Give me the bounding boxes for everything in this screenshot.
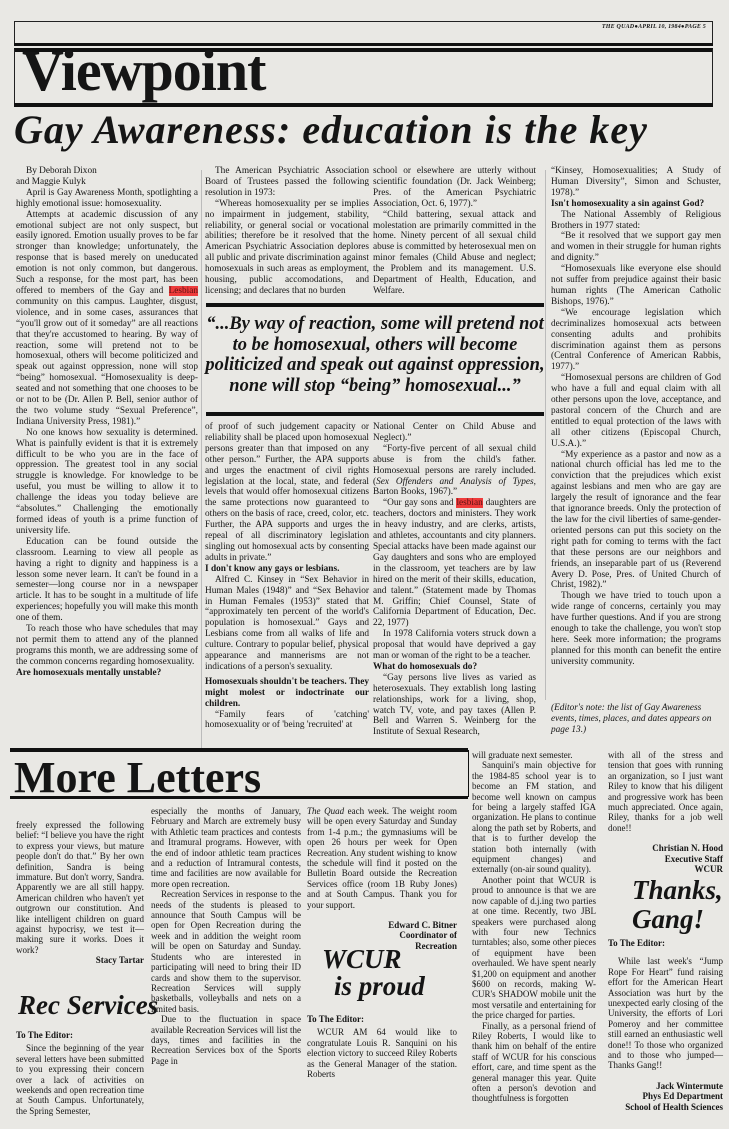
paragraph: Education can be found outside the class…	[16, 537, 198, 624]
salutation: To The Editor:	[307, 1014, 457, 1024]
article-column-4: “Kinsey, Homosexualities; A Study of Hum…	[551, 166, 721, 668]
paragraph: Since the beginning of the year several …	[16, 1043, 144, 1116]
subheading: Are homosexuals mentally unstable?	[16, 668, 198, 679]
paragraph: The National Assembly of Religious Broth…	[551, 210, 721, 232]
salutation: To The Editor:	[16, 1030, 144, 1040]
paragraph: National Center on Child Abuse and Negle…	[373, 422, 536, 444]
paragraph: “My experience as a pastor and now as a …	[551, 450, 721, 592]
rule	[10, 796, 468, 799]
letter-tartar: freely expressed the following belief: “…	[16, 820, 144, 966]
paragraph: Finally, as a personal friend of Riley R…	[472, 1021, 596, 1104]
section-title: Viewpoint	[22, 42, 265, 100]
rec-services-heading: Rec Services	[18, 992, 158, 1019]
signature-title: WCUR	[608, 864, 723, 874]
folio-line: THE QUAD●APRIL 10, 1984●PAGE 5	[602, 24, 706, 30]
paragraph: “Be it resolved that we support gay men …	[551, 231, 721, 264]
signature: Christian N. Hood	[608, 843, 723, 853]
rule	[206, 412, 544, 416]
paragraph: While last week's “Jump Rope For Heart” …	[608, 956, 723, 1070]
signature: Stacy Tartar	[16, 955, 144, 965]
paragraph: Attempts at academic discussion of any e…	[16, 210, 198, 428]
article-headline: Gay Awareness: education is the key	[14, 110, 719, 150]
highlighted-word: Lesbian	[169, 286, 198, 296]
signature-title: Executive Staff	[608, 854, 723, 864]
paragraph: WCUR AM 64 would like to congratulate Lo…	[307, 1027, 457, 1079]
paragraph: To reach those who have schedules that m…	[16, 624, 198, 668]
paragraph: April is Gay Awareness Month, spotlighti…	[16, 188, 198, 210]
paragraph: “Family fears of 'catching' homosexualit…	[205, 710, 369, 732]
column-divider	[545, 170, 546, 700]
article-column-2-top: The American Psychiatric Association Boa…	[205, 166, 369, 297]
salutation: To The Editor:	[608, 938, 723, 948]
letter-wcur-end: with all of the stress and tension that …	[608, 750, 723, 874]
paragraph: Sanquini's main objective for the 1984-8…	[472, 760, 596, 874]
letter-thanks-gang: To The Editor: While last week's “Jump R…	[608, 938, 723, 1112]
signature: Jack Wintermute	[608, 1081, 723, 1091]
byline: By Deborah Dixonand Maggie Kulyk	[16, 166, 198, 188]
paragraph: “We encourage legislation which decrimin…	[551, 308, 721, 373]
paragraph: school or elsewhere are utterly without …	[373, 166, 536, 210]
subheading: Isn't homosexuality a sin against God?	[551, 199, 721, 210]
pull-quote: “...By way of reaction, some will preten…	[205, 314, 545, 396]
signature: Edward C. Bitner	[307, 920, 457, 930]
thanks-gang-heading: Thanks, Gang!	[632, 876, 723, 934]
editors-note: (Editor's note: the list of Gay Awarenes…	[551, 703, 723, 736]
paragraph: of proof of such judgement capacity or r…	[205, 422, 369, 564]
paragraph: No one knows how sexuality is determined…	[16, 428, 198, 537]
signature-title: Phys Ed Department	[608, 1091, 723, 1101]
letter-wcur: To The Editor: WCUR AM 64 would like to …	[307, 1014, 457, 1079]
subheading: Homosexuals shouldn't be teachers. They …	[205, 677, 369, 710]
letter-rec-services: To The Editor: Since the beginning of th…	[16, 1030, 144, 1116]
subheading: What do homosexuals do?	[373, 662, 536, 673]
paragraph: “Kinsey, Homosexualities; A Study of Hum…	[551, 166, 721, 199]
paragraph: “Homosexual persons are children of God …	[551, 373, 721, 449]
paragraph: In 1978 California voters struck down a …	[373, 629, 536, 662]
paragraph: “Whereas homosexuality per se implies no…	[205, 199, 369, 297]
letters-section-title: More Letters	[14, 756, 261, 800]
article-column-3-top: school or elsewhere are utterly without …	[373, 166, 536, 297]
paragraph: Alfred C. Kinsey in “Sex Behavior in Hum…	[205, 575, 369, 673]
paragraph: Due to the fluctuation in space availabl…	[151, 1014, 301, 1066]
paragraph: will graduate next semester.	[472, 750, 596, 760]
highlighted-word: lesbian	[456, 498, 482, 508]
paragraph: Another point that WCUR is proud to anno…	[472, 875, 596, 1021]
column-divider	[201, 170, 202, 748]
rule	[206, 303, 544, 307]
paragraph: with all of the stress and tension that …	[608, 750, 723, 833]
paragraph: Recreation Services in response to the n…	[151, 889, 301, 1014]
paragraph: especially the months of January, Februa…	[151, 806, 301, 889]
paragraph: “Our gay sons and lesbian daughters are …	[373, 498, 536, 629]
paragraph: “Homosexuals like everyone else should n…	[551, 264, 721, 308]
letter-rec-services-end: The Quad each week. The weight room will…	[307, 806, 457, 951]
article-column-1: By Deborah Dixonand Maggie Kulyk April i…	[16, 166, 198, 679]
signature-title: Coordinator of	[307, 930, 457, 940]
signature-title: School of Health Sciences	[608, 1102, 723, 1112]
paragraph: The American Psychiatric Association Boa…	[205, 166, 369, 199]
letter-rec-services-cont: especially the months of January, Februa…	[151, 806, 301, 1066]
article-column-2-bottom: of proof of such judgement capacity or r…	[205, 422, 369, 731]
subheading: I don't know any gays or lesbians.	[205, 564, 369, 575]
paragraph: The Quad each week. The weight room will…	[307, 806, 457, 910]
letter-wcur-cont: will graduate next semester. Sanquini's …	[472, 750, 596, 1104]
paragraph: freely expressed the following belief: “…	[16, 820, 144, 955]
paragraph: Though we have tried to touch upon a wid…	[551, 591, 721, 667]
paragraph: “Forty-five percent of all sexual child …	[373, 444, 536, 499]
article-column-3-bottom: National Center on Child Abuse and Negle…	[373, 422, 536, 738]
paragraph: “Child battering, sexual attack and mole…	[373, 210, 536, 297]
wcur-heading: WCUR is proud	[322, 946, 425, 1000]
paragraph: “Gay persons live lives as varied as het…	[373, 673, 536, 738]
